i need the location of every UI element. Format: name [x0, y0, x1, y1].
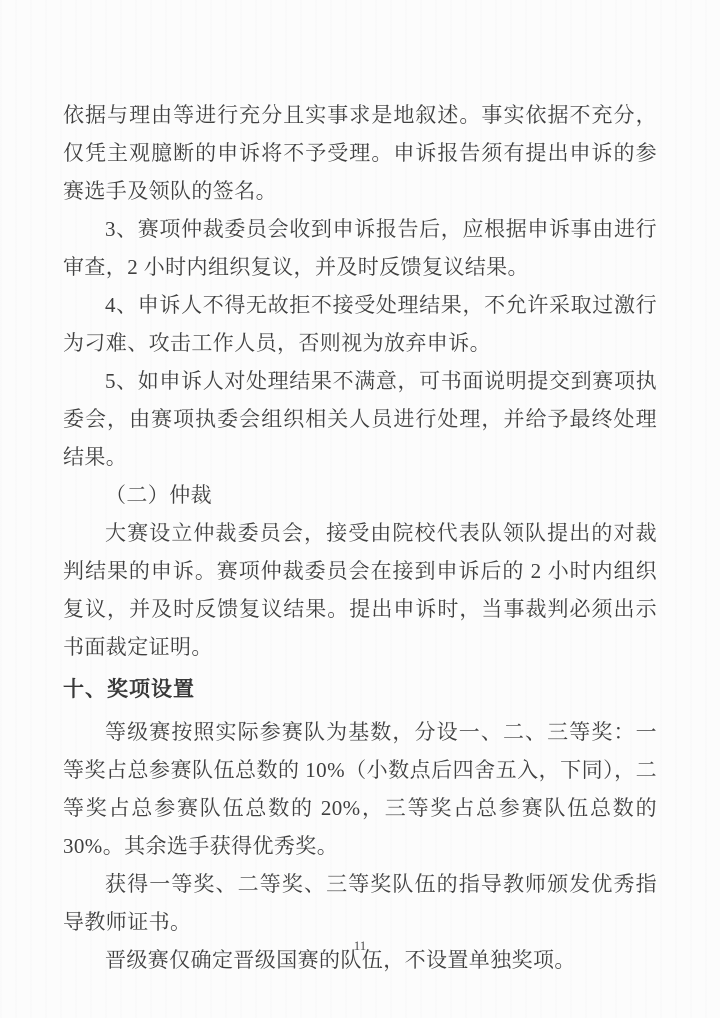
paragraph-awards-instructor-certificate: 获得一等奖、二等奖、三等奖队伍的指导教师颁发优秀指导教师证书。 — [63, 865, 657, 941]
document-body: 依据与理由等进行充分且实事求是地叙述。事实依据不充分，仅凭主观臆断的申诉将不予受… — [63, 96, 657, 979]
paragraph-appeal-item-3: 3、赛项仲裁委员会收到申诉报告后，应根据申诉事由进行审查，2 小时内组织复议，并… — [63, 210, 657, 286]
paragraph-arbitration-body: 大赛设立仲裁委员会，接受由院校代表队领队提出的对裁判结果的申诉。赛项仲裁委员会在… — [63, 514, 657, 666]
paragraph-awards-ratio: 等级赛按照实际参赛队为基数，分设一、二、三等奖：一等奖占总参赛队伍总数的 10%… — [63, 713, 657, 865]
paragraph-appeal-item-4: 4、申诉人不得无故拒不接受处理结果，不允许采取过激行为刁难、攻击工作人员，否则视… — [63, 286, 657, 362]
subsection-label-arbitration: （二）仲裁 — [63, 476, 657, 514]
section-heading-awards: 十、奖项设置 — [63, 670, 657, 708]
page-number: 11 — [0, 938, 720, 954]
page: { "page": { "background_color": "#fcfcfc… — [0, 0, 720, 1018]
paragraph-appeal-item-5: 5、如申诉人对处理结果不满意，可书面说明提交到赛项执委会，由赛项执委会组织相关人… — [63, 362, 657, 476]
paragraph-appeal-continuation: 依据与理由等进行充分且实事求是地叙述。事实依据不充分，仅凭主观臆断的申诉将不予受… — [63, 96, 657, 210]
